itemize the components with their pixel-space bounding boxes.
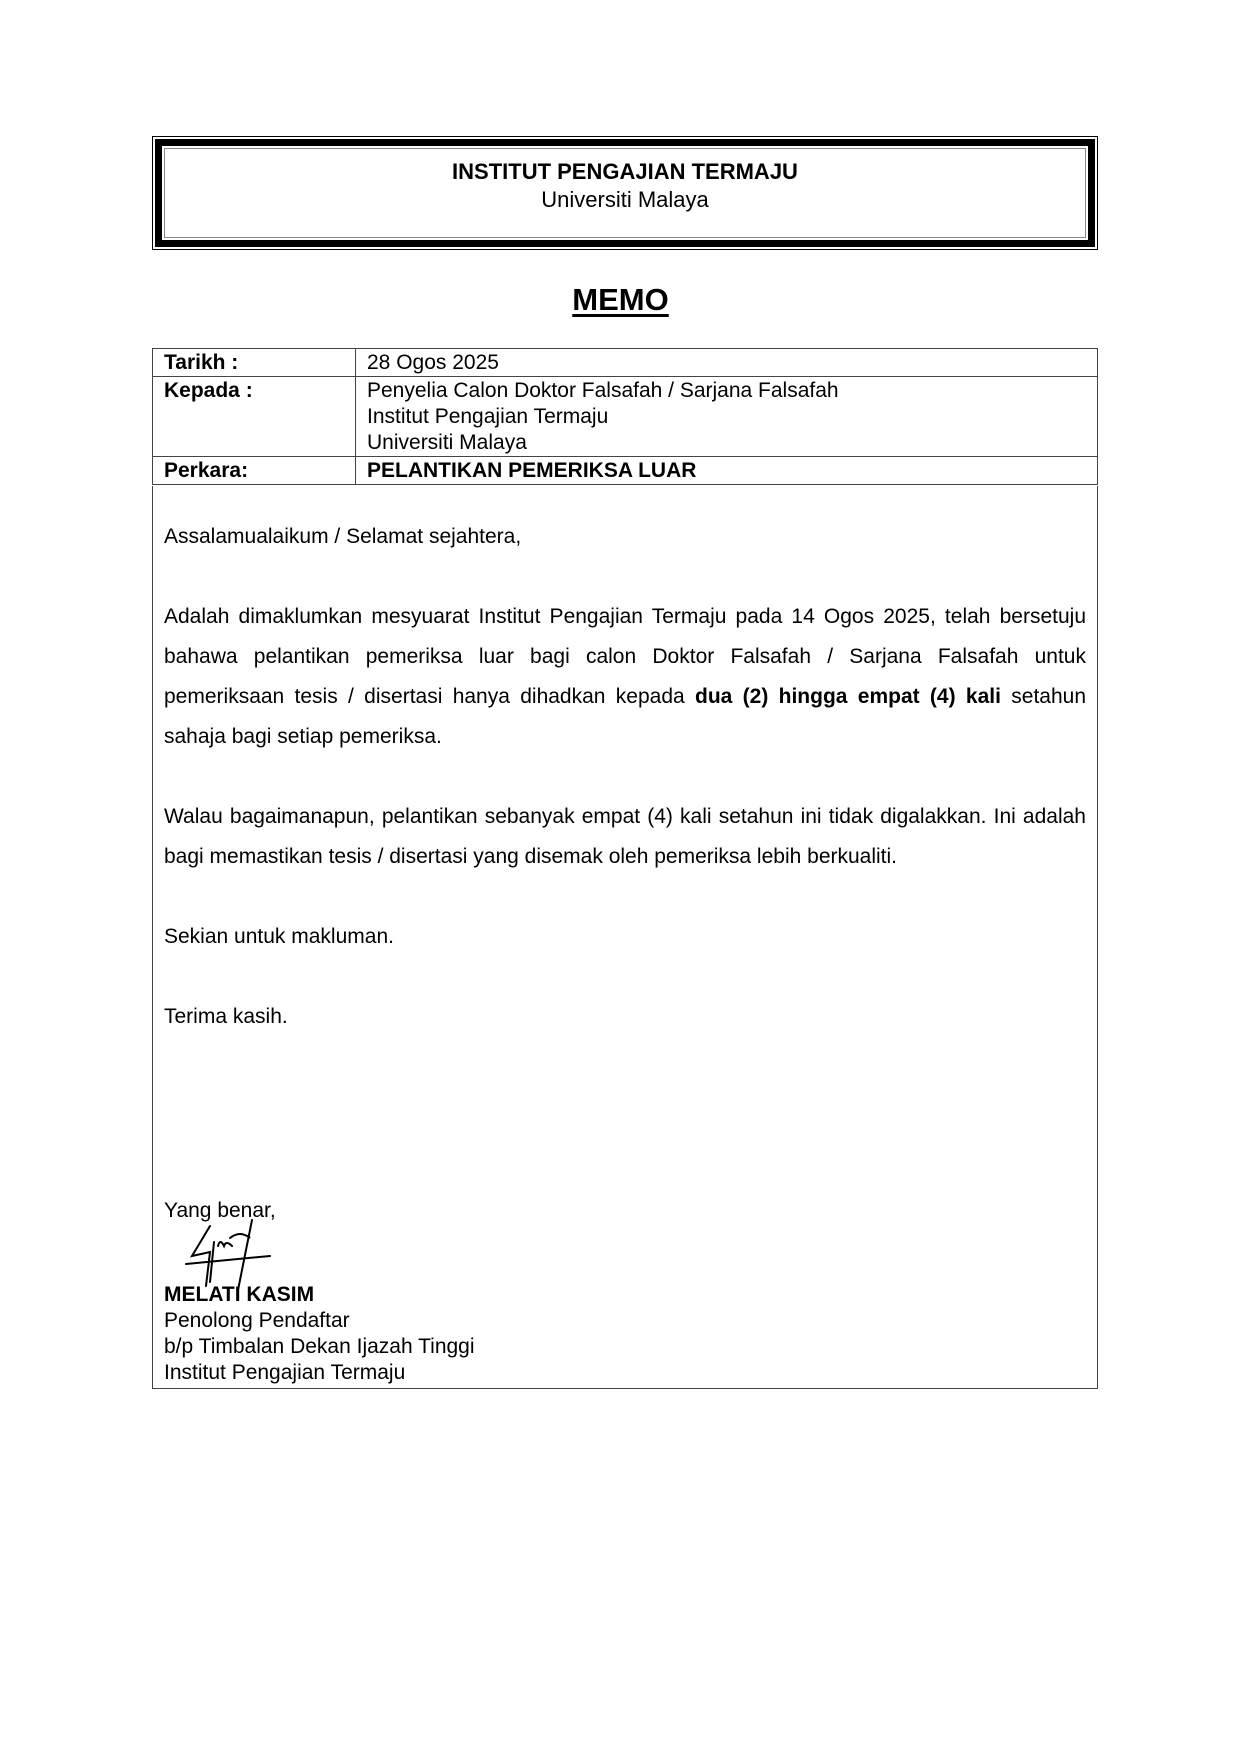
signatory-behalf: b/p Timbalan Dekan Ijazah Tinggi xyxy=(164,1334,475,1360)
closing-note: Sekian untuk makluman. xyxy=(164,917,1086,957)
greeting: Assalamualaikum / Selamat sejahtera, xyxy=(164,517,1086,557)
date-row: Tarikh : 28 Ogos 2025 xyxy=(153,349,1098,377)
signatory-name: MELATI KASIM xyxy=(164,1282,475,1308)
paragraph-second: Walau bagaimanapun, pelantikan sebanyak … xyxy=(164,797,1086,877)
signature-block: Yang benar, MELATI KASIM Penolong Pendaf… xyxy=(164,1198,475,1386)
letterhead-frame: INSTITUT PENGAJIAN TERMAJU Universiti Ma… xyxy=(152,136,1098,250)
memo-meta-table: Tarikh : 28 Ogos 2025 Kepada : Penyelia … xyxy=(152,348,1098,485)
subject-row: Perkara: PELANTIKAN PEMERIKSA LUAR xyxy=(153,457,1098,485)
date-label: Tarikh : xyxy=(153,349,356,377)
paragraph-main: Adalah dimaklumkan mesyuarat Institut Pe… xyxy=(164,597,1086,757)
signatory-institution: Institut Pengajian Termaju xyxy=(164,1360,475,1386)
recipient-line: Penyelia Calon Doktor Falsafah / Sarjana… xyxy=(367,378,1086,404)
recipient-label: Kepada : xyxy=(153,377,356,457)
subject-value: PELANTIKAN PEMERIKSA LUAR xyxy=(356,457,1098,485)
subject-label: Perkara: xyxy=(153,457,356,485)
recipient-row: Kepada : Penyelia Calon Doktor Falsafah … xyxy=(153,377,1098,457)
recipient-line: Universiti Malaya xyxy=(367,430,1086,456)
signatory-title: Penolong Pendaftar xyxy=(164,1308,475,1334)
letterhead-border: INSTITUT PENGAJIAN TERMAJU Universiti Ma… xyxy=(156,140,1094,246)
recipient-value: Penyelia Calon Doktor Falsafah / Sarjana… xyxy=(356,377,1098,457)
institution-name: INSTITUT PENGAJIAN TERMAJU xyxy=(165,158,1085,186)
university-name: Universiti Malaya xyxy=(165,186,1085,214)
date-value: 28 Ogos 2025 xyxy=(356,349,1098,377)
recipient-line: Institut Pengajian Termaju xyxy=(367,404,1086,430)
thanks-note: Terima kasih. xyxy=(164,997,1086,1037)
memo-title: MEMO xyxy=(0,282,1241,318)
signature-area xyxy=(164,1224,475,1282)
paragraph-main-emphasis: dua (2) hingga empat (4) kali xyxy=(695,685,1001,708)
letterhead-inner: INSTITUT PENGAJIAN TERMAJU Universiti Ma… xyxy=(164,148,1086,238)
memo-body: Assalamualaikum / Selamat sejahtera, Ada… xyxy=(152,486,1098,1389)
